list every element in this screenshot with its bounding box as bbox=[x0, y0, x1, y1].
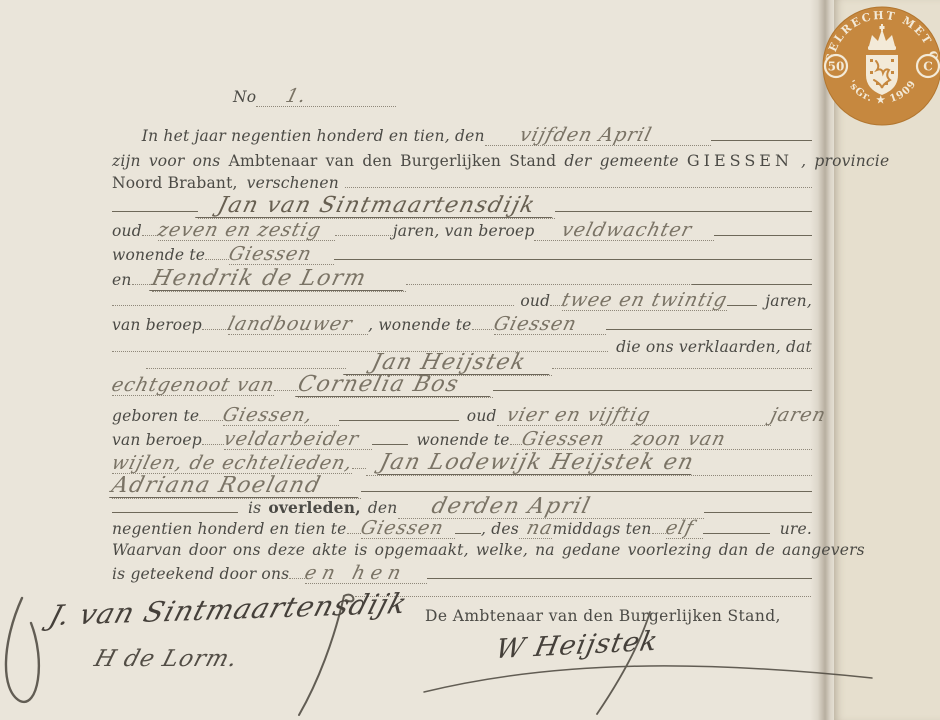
dotted-rule bbox=[345, 187, 812, 188]
dotted-rule bbox=[112, 305, 514, 306]
printed-text: der gemeente bbox=[564, 152, 678, 170]
declarant2-residence-entry: Giessen bbox=[491, 315, 608, 334]
dotted-rule bbox=[552, 368, 812, 369]
dotted-rule bbox=[274, 390, 298, 391]
solid-rule bbox=[727, 305, 757, 306]
solid-rule bbox=[455, 533, 481, 534]
dotted-rule: vijfden April bbox=[485, 126, 712, 146]
form-line-deceased-occupation: van beroep veldarbeider wonende te Giess… bbox=[112, 430, 812, 450]
solid-rule bbox=[714, 235, 812, 236]
dotted-rule bbox=[146, 368, 346, 369]
solid-rule bbox=[339, 420, 459, 421]
printed-text: en bbox=[112, 271, 132, 289]
printed-text: ure. bbox=[780, 520, 812, 538]
printed-text: Ambtenaar van den Burgerlijken Stand bbox=[229, 152, 557, 170]
dotted-rule bbox=[199, 420, 223, 421]
spouse-name-entry: Cornelia Bos bbox=[295, 374, 495, 397]
printed-text: geboren te bbox=[112, 407, 199, 425]
printed-text: Noord Brabant, bbox=[112, 174, 238, 192]
dotted-rule bbox=[406, 284, 692, 285]
time-prefix-entry: na bbox=[525, 519, 555, 538]
dotted-rule bbox=[355, 596, 811, 597]
dotted-rule: 1. bbox=[256, 87, 396, 107]
printed-text: is bbox=[248, 499, 261, 517]
form-line-closing-2: is geteekend door ons en hen bbox=[112, 564, 812, 584]
dotted-rule bbox=[335, 235, 393, 236]
form-line-death-date: is overleden, den derden April bbox=[112, 496, 812, 519]
dotted-rule: Cornelia Bos bbox=[298, 374, 493, 398]
dotted-rule: wijlen, de echtelieden, bbox=[112, 454, 352, 474]
printed-text: den bbox=[368, 499, 398, 517]
parents-prefix-entry: wijlen, de echtelieden, bbox=[110, 454, 355, 473]
declarant1-age-entry: zeven en zestig bbox=[155, 221, 337, 240]
dotted-rule: Giessen bbox=[361, 519, 455, 539]
deceased-age-unit-entry: jaren bbox=[769, 406, 829, 425]
form-line-deceased-birth: geboren te Giessen, oud vier en vijftig … bbox=[112, 406, 812, 426]
solid-rule bbox=[493, 390, 812, 391]
dotted-rule bbox=[352, 468, 366, 469]
dotted-rule: Giessen bbox=[494, 315, 606, 335]
death-certificate-scan: ZEGELRECHT MET OPC 'sGr. ★ 1909 50 C bbox=[0, 0, 940, 720]
dotted-rule: Giessen, bbox=[223, 406, 339, 426]
dotted-rule bbox=[132, 284, 152, 285]
declarant2-occupation-entry: landbouwer bbox=[225, 315, 370, 334]
form-line-number: No 1. bbox=[233, 87, 403, 107]
official-title: De Ambtenaar van den Burgerlijken Stand, bbox=[425, 607, 781, 625]
solid-rule bbox=[555, 211, 812, 212]
declarant1-residence-entry: Giessen bbox=[227, 245, 336, 264]
printed-text-bold: overleden, bbox=[268, 498, 361, 517]
son-of-entry: zoon van bbox=[630, 430, 728, 449]
form-line-declarant1-residence: wonende te Giessen bbox=[112, 245, 812, 265]
declarant1-name-entry: Jan van Sintmaartensdijk bbox=[195, 195, 558, 218]
printed-text: is geteekend door ons bbox=[112, 565, 289, 583]
solid-rule bbox=[112, 211, 198, 212]
solid-rule bbox=[112, 512, 238, 513]
solid-rule bbox=[704, 512, 812, 513]
father-name-entry: Jan Lodewijk Heijstek en bbox=[378, 452, 698, 475]
form-line-declarant2-occupation: van beroep landbouwer , wonende te Giess… bbox=[112, 315, 812, 335]
dotted-rule: zeven en zestig bbox=[158, 221, 335, 241]
dotted-rule: Jan van Sintmaartensdijk bbox=[198, 195, 555, 219]
solid-rule bbox=[427, 578, 812, 579]
dotted-rule: derden April bbox=[398, 496, 705, 519]
printed-text: jaren, van beroep bbox=[393, 222, 535, 240]
solid-rule bbox=[361, 491, 812, 492]
signed-by-entry: en hen bbox=[303, 564, 429, 583]
svg-text:C: C bbox=[923, 60, 933, 74]
witness1-signature: J. van Sintmaartensdijk bbox=[46, 590, 411, 630]
dotted-rule: Hendrik de Lorm bbox=[152, 268, 406, 292]
printed-text: Waarvan door ons deze akte is opgemaakt,… bbox=[112, 541, 865, 559]
dotted-rule: zoon van bbox=[620, 430, 812, 450]
municipality-name: GIESSEN bbox=[687, 151, 793, 170]
declarant2-name-entry: Hendrik de Lorm bbox=[149, 268, 409, 291]
dotted-rule: Giessen bbox=[522, 430, 620, 450]
form-line-declarant2-age: oud twee en twintig jaren, bbox=[112, 291, 812, 311]
witness2-signature: H de Lorm. bbox=[92, 648, 241, 671]
solid-rule bbox=[334, 259, 812, 260]
dotted-rule bbox=[205, 259, 229, 260]
no-label: No bbox=[233, 88, 256, 106]
form-line-province: Noord Brabant, verschenen bbox=[112, 174, 812, 192]
printed-text: zijn voor ons bbox=[112, 152, 220, 170]
printed-text: wonende te bbox=[416, 431, 509, 449]
dotted-rule: veldarbeider bbox=[224, 430, 373, 450]
solid-rule bbox=[372, 444, 408, 445]
spouse-prefix-entry: echtgenoot van bbox=[110, 376, 277, 395]
solid-rule bbox=[606, 329, 812, 330]
dotted-rule: veldwachter bbox=[534, 221, 714, 241]
form-line-deceased-spouse: echtgenoot van Cornelia Bos bbox=[112, 374, 812, 398]
form-line-declarant1-name: Jan van Sintmaartensdijk bbox=[112, 195, 812, 219]
form-line-deceased-name: Jan Heijstek bbox=[112, 352, 812, 376]
printed-text: In het jaar negentien honderd en tien, d… bbox=[142, 127, 485, 145]
printed-text: oud bbox=[520, 292, 550, 310]
printed-text: jaren, bbox=[765, 292, 812, 310]
dotted-rule bbox=[347, 533, 361, 534]
printed-text: van beroep bbox=[112, 431, 202, 449]
printed-text: oud bbox=[467, 407, 497, 425]
printed-text: wonende te bbox=[112, 246, 205, 264]
dotted-rule: na bbox=[519, 519, 553, 539]
printed-text: van beroep bbox=[112, 316, 202, 334]
deceased-age-entry: vier en vijftig bbox=[504, 406, 652, 425]
dotted-rule bbox=[202, 444, 224, 445]
solid-rule bbox=[703, 533, 770, 534]
revenue-stamp-icon: ZEGELRECHT MET OPC 'sGr. ★ 1909 50 C bbox=[820, 2, 940, 130]
printed-text: middags ten bbox=[552, 520, 651, 538]
dotted-rule: vier en vijftig bbox=[497, 406, 772, 426]
dotted-rule: Giessen bbox=[229, 245, 333, 265]
form-line-death-time: negentien honderd en tien te Giessen , d… bbox=[112, 519, 812, 539]
deceased-residence-entry: Giessen bbox=[519, 430, 622, 449]
printed-text: oud bbox=[112, 222, 142, 240]
dotted-rule: Jan Lodewijk Heijstek en bbox=[366, 452, 812, 476]
form-line-registrar: zijn voor ons Ambtenaar van den Burgerli… bbox=[112, 151, 812, 170]
form-line-closing-1: Waarvan door ons deze akte is opgemaakt,… bbox=[112, 541, 812, 559]
form-line-date: In het jaar negentien honderd en tien, d… bbox=[112, 126, 812, 146]
printed-text: , provincie bbox=[801, 152, 889, 170]
printed-text: verschenen bbox=[247, 174, 339, 192]
dotted-rule bbox=[472, 329, 494, 330]
declarant2-age-entry: twee en twintig bbox=[560, 291, 730, 310]
death-date-entry: derden April bbox=[429, 496, 639, 518]
death-place-entry: Giessen bbox=[358, 519, 457, 538]
dotted-rule: landbouwer bbox=[228, 315, 368, 335]
death-hour-entry: elf bbox=[663, 519, 705, 538]
dotted-rule: en hen bbox=[305, 564, 426, 584]
act-number-entry: 1. bbox=[284, 87, 309, 106]
svg-text:50: 50 bbox=[828, 60, 845, 74]
dotted-rule: echtgenoot van bbox=[112, 376, 274, 396]
date-entry: vijfden April bbox=[517, 126, 713, 145]
dotted-rule: elf bbox=[666, 519, 703, 539]
printed-text: negentien honderd en tien te bbox=[112, 520, 347, 538]
solid-rule bbox=[692, 284, 812, 285]
mother-name-entry: Adriana Roeland bbox=[109, 475, 363, 498]
printed-text: , wonende te bbox=[368, 316, 471, 334]
declarant1-occupation-entry: veldwachter bbox=[560, 221, 694, 240]
printed-text: , des bbox=[481, 520, 519, 538]
form-line-declarant1-age: oud zeven en zestig jaren, van beroep ve… bbox=[112, 221, 812, 241]
dotted-rule bbox=[202, 329, 228, 330]
birthplace-entry: Giessen, bbox=[221, 406, 341, 425]
official-signature: W Heijstek bbox=[493, 628, 660, 663]
dotted-rule: twee en twintig bbox=[562, 291, 727, 311]
solid-rule bbox=[711, 140, 812, 141]
deceased-occupation-entry: veldarbeider bbox=[221, 430, 374, 449]
